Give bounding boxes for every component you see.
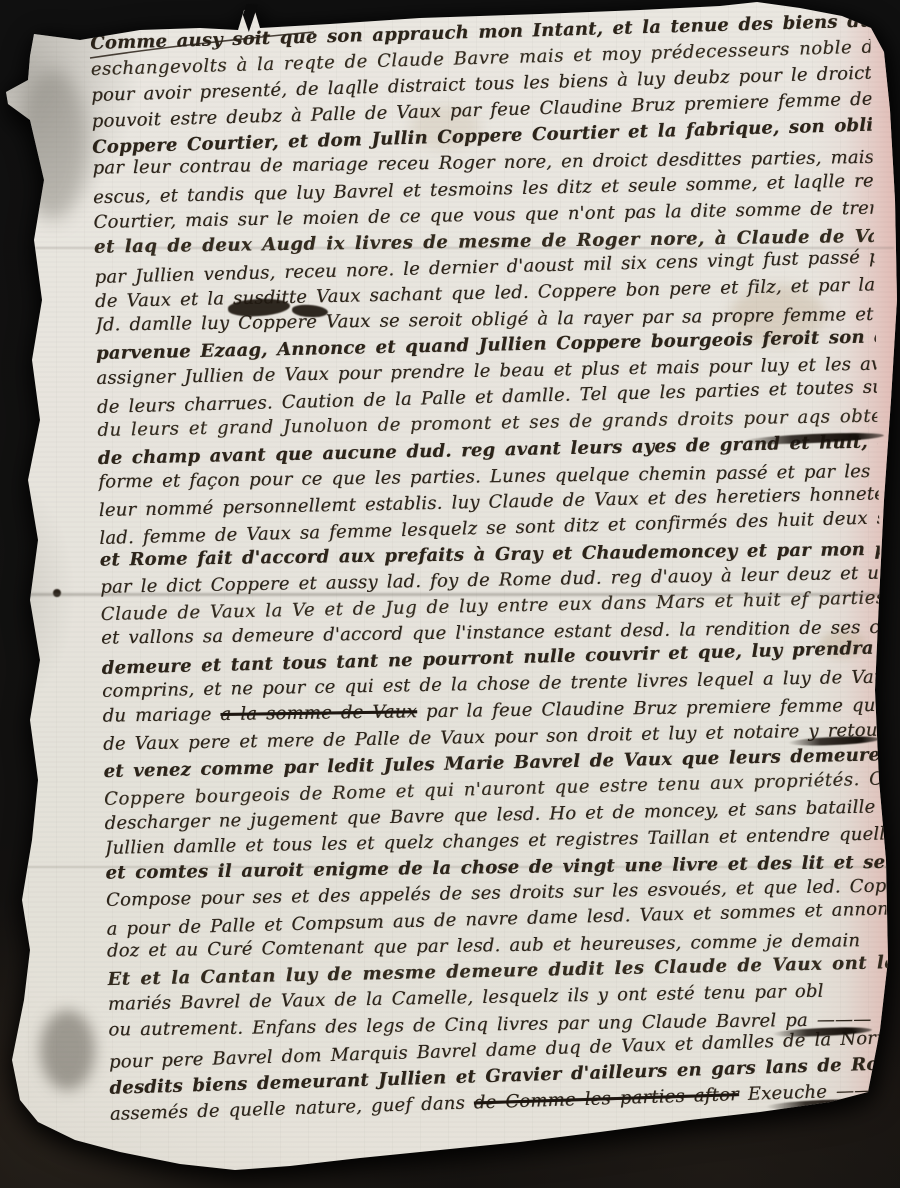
paper-shadow-wrap: + Comme ausy soit que son apprauch mon I… [0,0,900,1188]
flourish-dash [732,1125,880,1141]
manuscript-text-block: Comme ausy soit que son apprauch mon Int… [90,13,890,1123]
scanned-manuscript-page: + Comme ausy soit que son apprauch mon I… [0,0,900,1188]
stain [18,70,88,220]
paper-sheet: + Comme ausy soit que son apprauch mon I… [0,0,900,1188]
stain-dot [53,589,61,597]
stain [40,1010,95,1090]
